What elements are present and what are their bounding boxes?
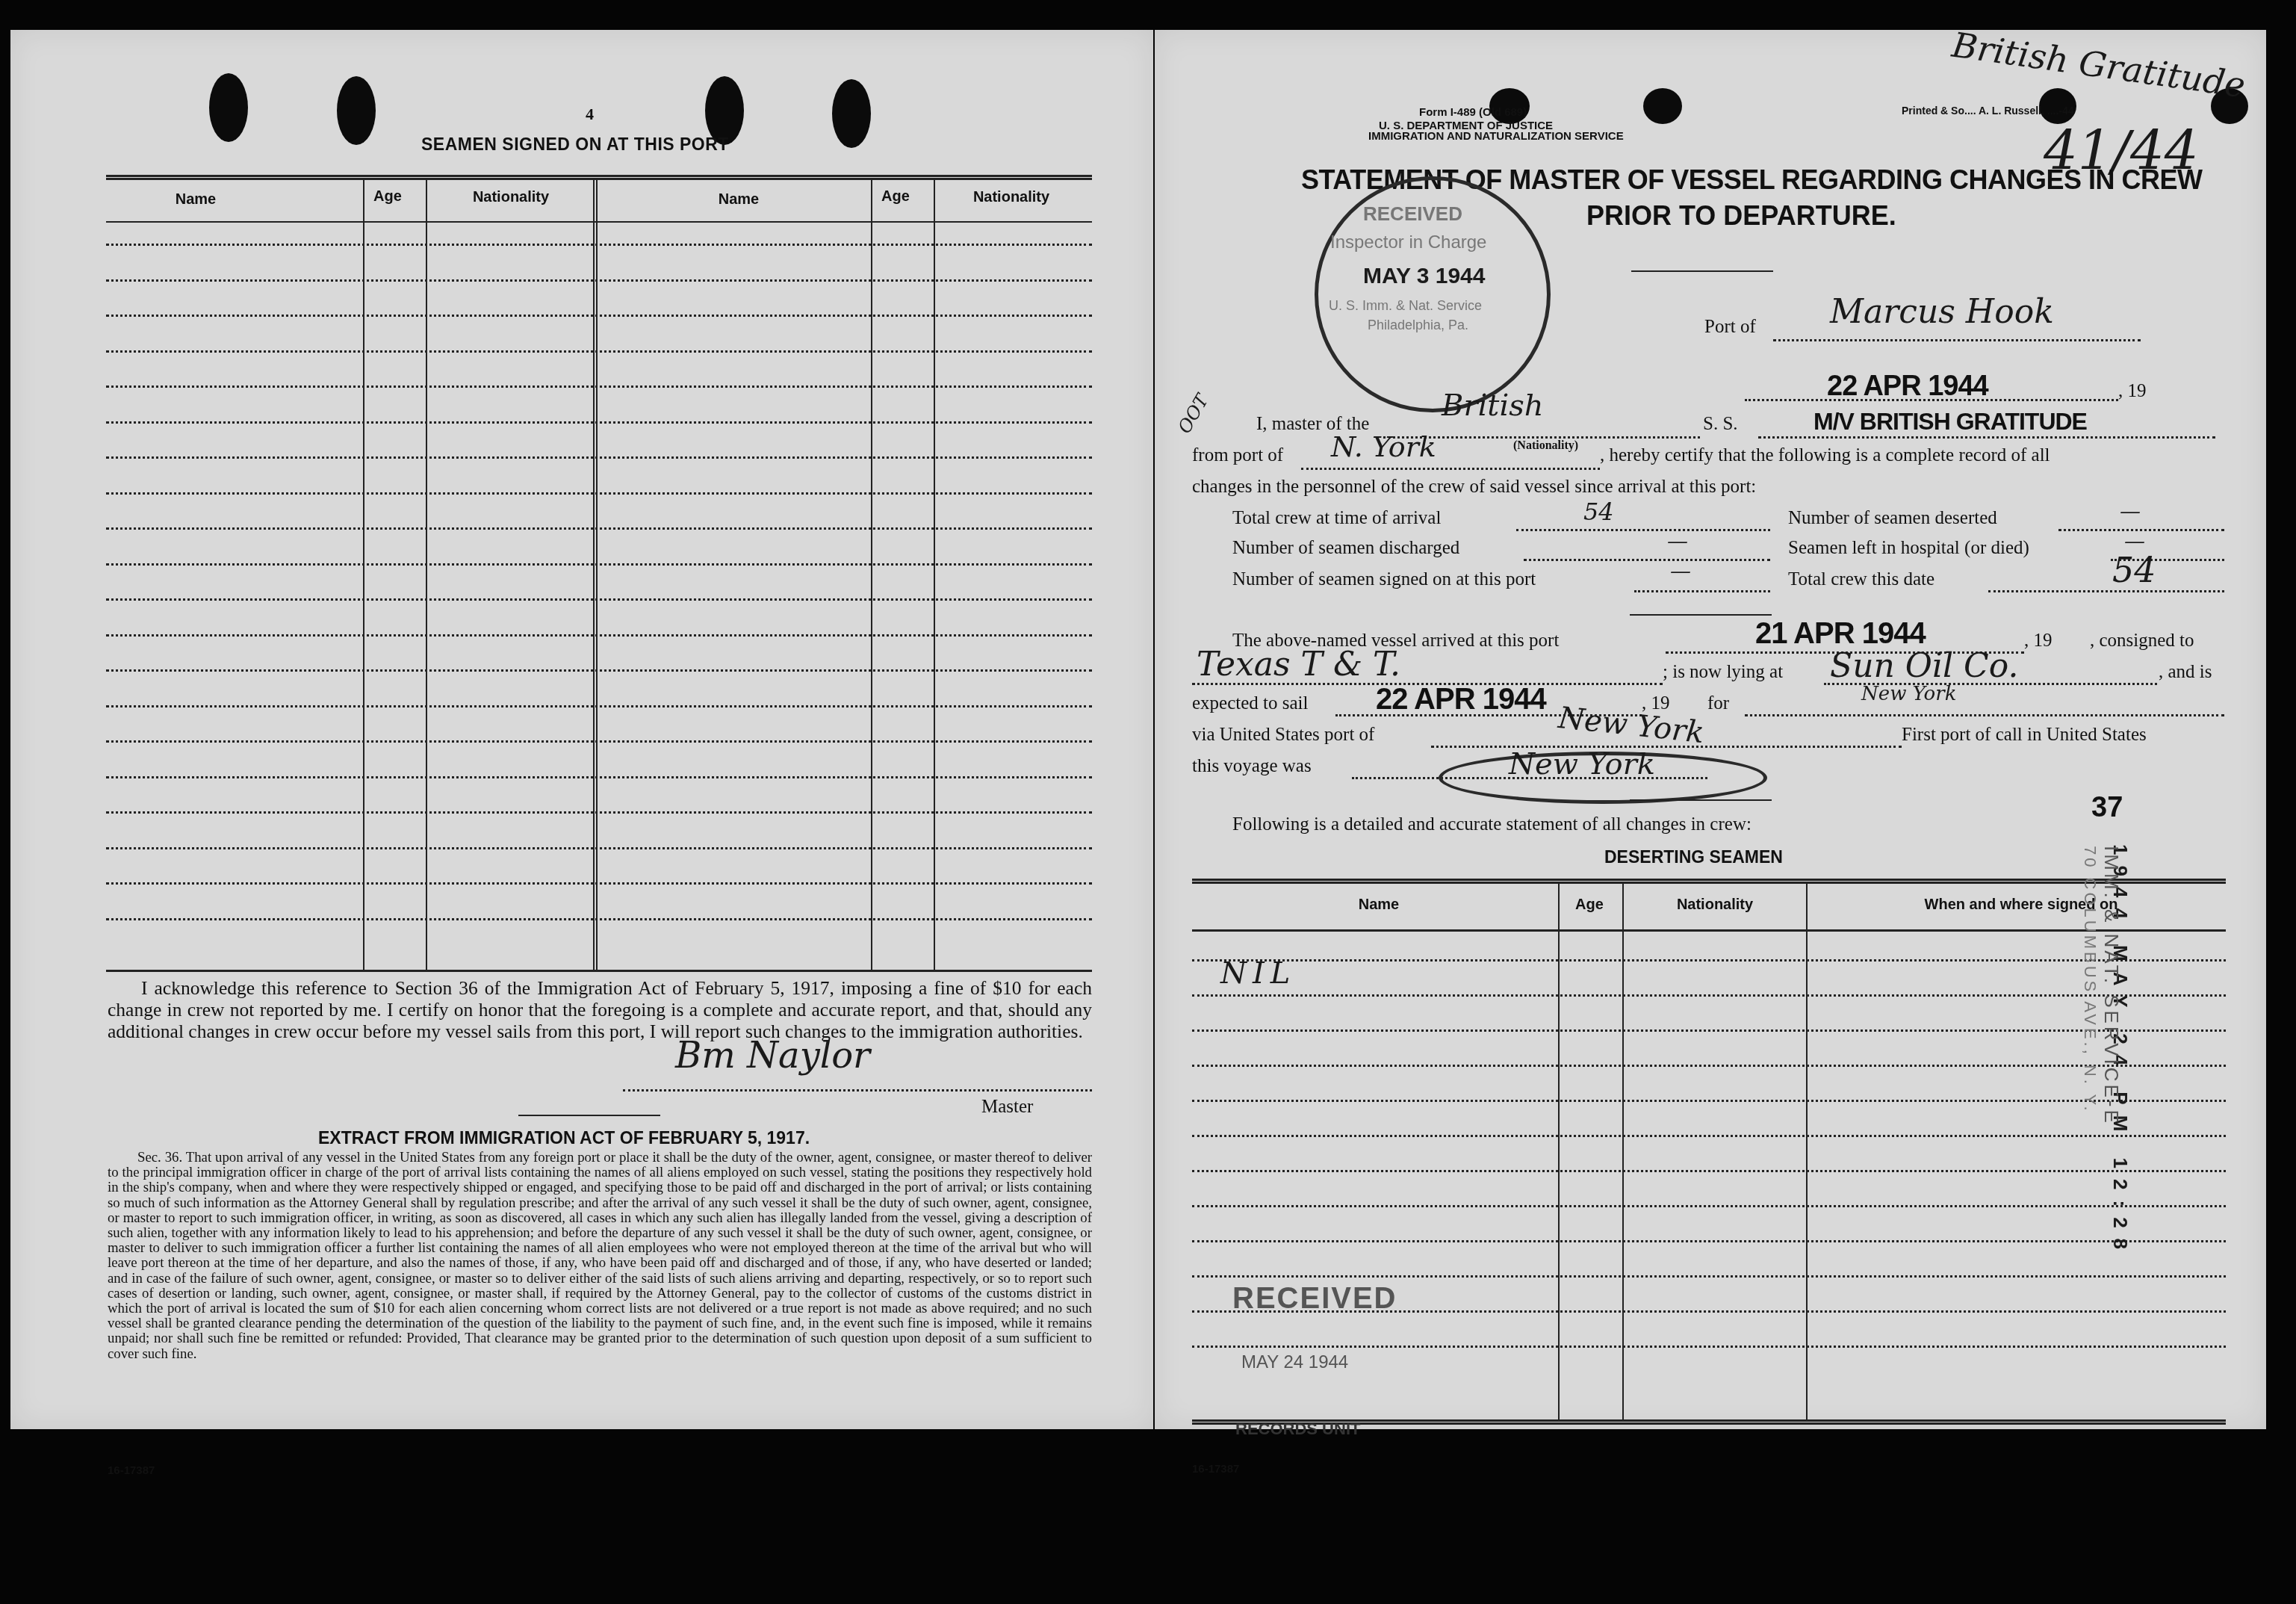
date-value: 22 APR 1944: [1827, 371, 1988, 403]
voyage-value: New York: [1509, 747, 1655, 781]
table-row[interactable]: [106, 705, 1092, 707]
side-stamp-line: 70 COLUMBUS AVE., N. Y.: [2080, 846, 2100, 1126]
lying-value: Sun Oil Co.: [1830, 647, 2018, 685]
side-stamp-line: IMM. & NAT. SERVICE-E: [2100, 846, 2123, 1126]
expected-value: 22 APR 1944: [1376, 683, 1546, 716]
master-signature: Bm Naylor: [675, 1035, 870, 1077]
and-is-label: , and is: [2159, 662, 2212, 683]
col-header-name: Name: [106, 191, 285, 208]
signed-on-label: Number of seamen signed on at this port: [1232, 569, 1536, 590]
discharged-label: Number of seamen discharged: [1232, 538, 1459, 559]
for-field[interactable]: [1745, 714, 2224, 716]
nationality-caption: (Nationality): [1513, 439, 1578, 453]
col-header-name: Name: [1192, 897, 1566, 914]
total-crew-date-label: Total crew this date: [1788, 569, 1934, 590]
form-code: 16-17387: [1192, 1463, 1239, 1476]
service: IMMIGRATION AND NATURALIZATION SERVICE: [1368, 130, 1624, 143]
form-subtitle: PRIOR TO DEPARTURE.: [1586, 200, 1896, 232]
received-stamp: RECEIVED Inspector in Charge MAY 3 1944 …: [1315, 176, 1551, 412]
col-header-nationality: Nationality: [429, 189, 593, 206]
table-row[interactable]: [1192, 1135, 2226, 1137]
year-prefix: , 19: [2118, 381, 2147, 402]
table-row[interactable]: [106, 918, 1092, 920]
certify-text: , hereby certify that the following is a…: [1600, 445, 2050, 466]
discharged-field[interactable]: [1524, 559, 1770, 561]
for-value: New York: [1861, 683, 1956, 705]
table-row[interactable]: [106, 244, 1092, 246]
certify-text-2: changes in the personnel of the crew of …: [1192, 477, 1756, 498]
extract-title: EXTRACT FROM IMMIGRATION ACT OF FEBRUARY…: [318, 1128, 810, 1148]
table-row[interactable]: [1192, 1240, 2226, 1242]
divider: [1630, 799, 1772, 801]
table-title: SEAMEN SIGNED ON AT THIS PORT: [421, 134, 729, 155]
records-stamp-unit: RECORDS UNIT: [1235, 1419, 1360, 1439]
following-text: Following is a detailed and accurate sta…: [1232, 814, 1752, 835]
annotation-vessel-name: British Gratitude: [1949, 25, 2247, 106]
table-row[interactable]: [106, 598, 1092, 601]
deserting-title: DESERTING SEAMEN: [1604, 847, 1783, 867]
nationality-value: British: [1442, 388, 1543, 423]
table-row[interactable]: [106, 492, 1092, 495]
col-header-age: Age: [1558, 897, 1621, 914]
total-crew-date-field[interactable]: [1988, 590, 2224, 592]
table-row[interactable]: [1192, 1275, 2226, 1278]
total-crew-date-value: 54: [2112, 550, 2156, 590]
signature-line: [623, 1089, 1092, 1091]
punch-hole: [337, 76, 376, 145]
stamp-date: MAY 3 1944: [1363, 264, 1485, 289]
col-header-name-2: Name: [608, 191, 869, 208]
signed-on-value: —: [1670, 559, 1691, 583]
arrived-value: 21 APR 1944: [1755, 617, 1926, 651]
signed-on-field[interactable]: [1634, 590, 1770, 592]
discharged-value: —: [1667, 529, 1688, 554]
vessel-name: M/V BRITISH GRATITUDE: [1813, 408, 2087, 436]
total-crew-arrival-value: 54: [1583, 498, 1614, 526]
records-stamp-date: MAY 24 1944: [1241, 1352, 1348, 1373]
right-page: British Gratitude 41/44 Form I-489 (Old …: [1155, 30, 2266, 1429]
col-header-nationality-2: Nationality: [929, 189, 1093, 206]
stamp-line: Philadelphia, Pa.: [1368, 318, 1468, 333]
port-of-field[interactable]: [1773, 339, 2141, 341]
total-crew-arrival-field[interactable]: [1516, 529, 1770, 531]
table-row[interactable]: [1192, 1170, 2226, 1172]
vessel-name-field[interactable]: [1758, 436, 2215, 439]
table-row[interactable]: [106, 350, 1092, 353]
expected-label: expected to sail: [1192, 693, 1309, 714]
table-row[interactable]: [106, 776, 1092, 778]
divider: [1630, 614, 1772, 616]
table-row[interactable]: [106, 811, 1092, 814]
acknowledgement-text: I acknowledge this reference to Section …: [108, 977, 1092, 1042]
extract-text: Sec. 36. That upon arrival of any vessel…: [108, 1151, 1092, 1362]
table-row[interactable]: [106, 740, 1092, 743]
table-row[interactable]: [106, 563, 1092, 566]
year-prefix-2: , 19: [2024, 631, 2053, 651]
table-row[interactable]: [106, 527, 1092, 530]
col-header-age: Age: [362, 188, 414, 205]
form-number: Form I-489 (Old 689): [1419, 106, 1527, 119]
consigned-label: , consigned to: [2090, 631, 2194, 651]
port-of-value: Marcus Hook: [1830, 293, 2054, 331]
page-number: 4: [586, 105, 594, 124]
from-port-value: N. York: [1331, 430, 1436, 463]
lying-label: ; is now lying at: [1663, 662, 1783, 683]
table-row[interactable]: [106, 456, 1092, 459]
stamp-line: Inspector in Charge: [1330, 232, 1486, 253]
total-crew-arrival-label: Total crew at time of arrival: [1232, 508, 1441, 529]
deserted-label: Number of seamen deserted: [1788, 508, 1997, 529]
ss-label: S. S.: [1703, 414, 1738, 435]
divider: [1631, 270, 1773, 272]
from-port-label: from port of: [1192, 445, 1283, 466]
first-port-label: First port of call in United States: [1902, 725, 2147, 746]
table-row[interactable]: [106, 847, 1092, 849]
master-label: Master: [981, 1097, 1033, 1118]
table-row[interactable]: [106, 279, 1092, 282]
via-value: New York: [1557, 701, 1706, 750]
printer-credit: Printed & So.... A. L. Russell, ....-44: [1902, 105, 2074, 117]
stamp-line: U. S. Imm. & Nat. Service: [1329, 298, 1482, 314]
table-row[interactable]: [1192, 1346, 2226, 1348]
records-stamp-received: RECEIVED: [1232, 1282, 1397, 1316]
punch-hole: [832, 79, 871, 148]
punch-hole: [1643, 88, 1682, 124]
voyage-label: this voyage was: [1192, 756, 1312, 777]
margin-mark: OOT: [1174, 391, 1213, 437]
table-row[interactable]: [106, 385, 1092, 388]
table-row[interactable]: [106, 882, 1092, 885]
table-row[interactable]: [106, 634, 1092, 637]
table-row[interactable]: [1192, 1205, 2226, 1207]
table-row[interactable]: [106, 421, 1092, 424]
divider: [518, 1115, 660, 1116]
consigned-value: Texas T & T.: [1197, 645, 1400, 684]
punch-hole: [209, 73, 248, 142]
port-of-label: Port of: [1704, 317, 1756, 338]
left-page: 4 SEAMEN SIGNED ON AT THIS PORT Name Age…: [10, 30, 1153, 1429]
form-code: 16-17387: [108, 1464, 155, 1477]
table-row[interactable]: [106, 315, 1092, 317]
deserted-value: —: [2120, 499, 2141, 524]
sheet-number: 37: [2091, 792, 2123, 824]
for-label: for: [1707, 693, 1729, 714]
via-label: via United States port of: [1192, 725, 1374, 746]
col-header-nationality: Nationality: [1625, 897, 1805, 914]
hospital-label: Seamen left in hospital (or died): [1788, 538, 2029, 559]
from-port-field[interactable]: [1301, 468, 1600, 470]
table-row[interactable]: [106, 669, 1092, 672]
stamp-line: RECEIVED: [1363, 202, 1462, 226]
deserting-name-value: NIL: [1220, 956, 1296, 991]
side-stamp-text: IMM. & NAT. SERVICE-E 70 COLUMBUS AVE., …: [2080, 846, 2123, 1126]
